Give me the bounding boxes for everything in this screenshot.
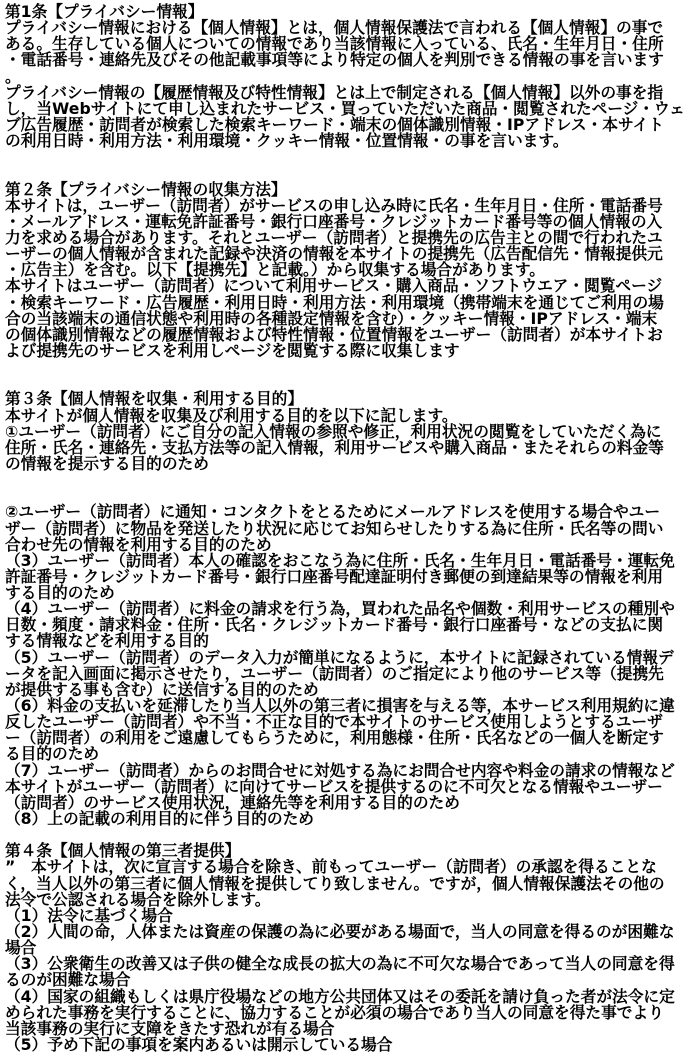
policy-text-line: （2）人間の命，人体または資産の保護の為に必要がある場面で，当人の同意を得るのが… — [5, 924, 696, 940]
policy-text-line: ー（訪問者）の利用をご遠慮してもらうために，利用態様・住所・氏名などの一個人を断… — [5, 730, 696, 746]
policy-text-line: の情報を提示する目的のため — [5, 456, 696, 472]
policy-text-line: （8）上の記載の利用目的に伴う目的のため — [5, 811, 696, 827]
blank-line — [5, 472, 696, 488]
privacy-policy-document: 第1条【プライバシー情報】プライバシー情報における【個人情報】とは，個人情報保護… — [0, 0, 700, 1053]
policy-text-line: （5）予め下記の事項を案内あるいは開示している場合 — [5, 1037, 696, 1053]
policy-text-line: よび提携先のサービスを利用しページを閲覧する際に収集します — [5, 343, 696, 359]
policy-text-line: ・電話番号・連絡先及びその他記載事項等により特定の個人を判別できる情報の事を言い… — [5, 52, 696, 68]
blank-line — [5, 149, 696, 165]
blank-line — [5, 359, 696, 375]
policy-text-line: の利用日時・利用方法・利用環境・クッキー情報・位置情報・の事を言います。 — [5, 133, 696, 149]
